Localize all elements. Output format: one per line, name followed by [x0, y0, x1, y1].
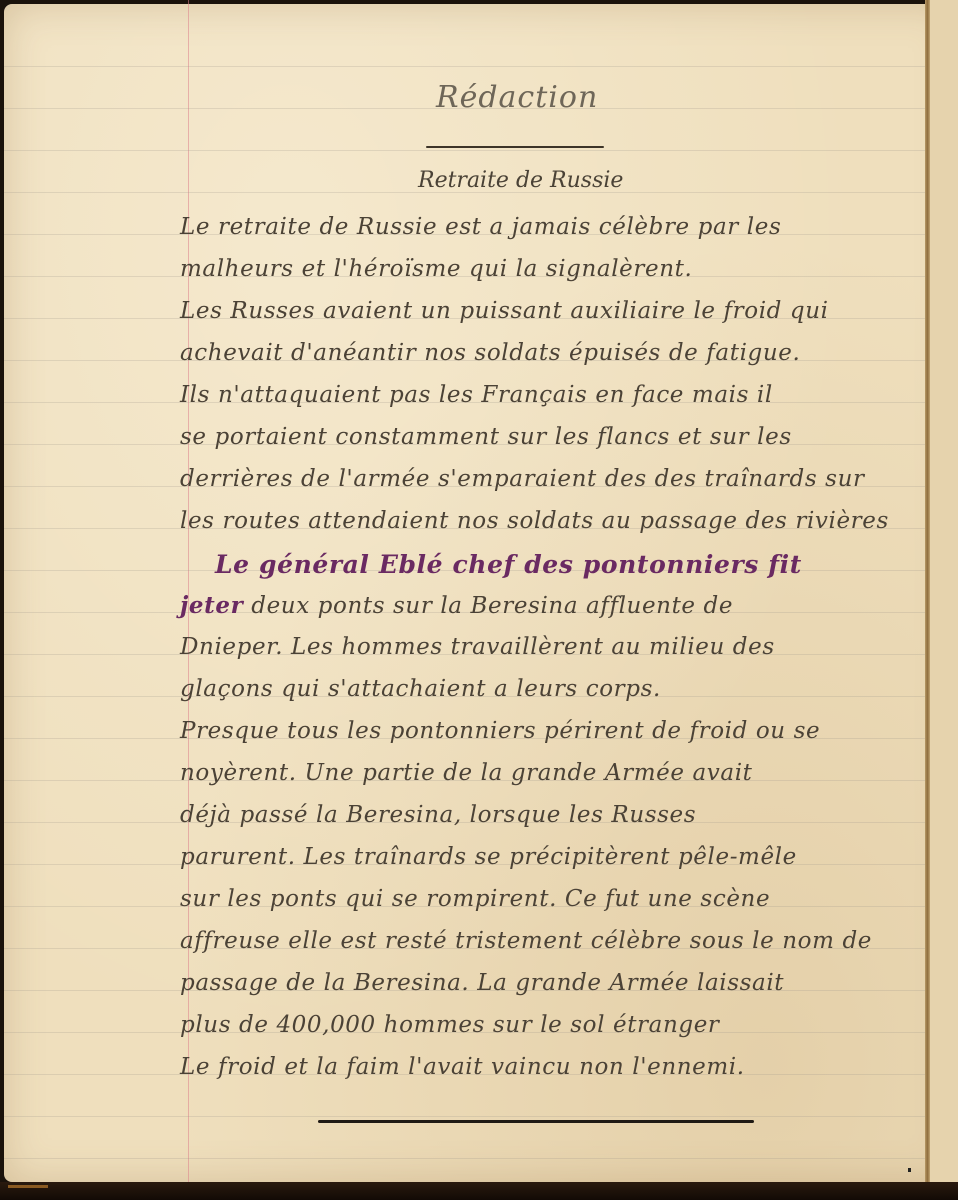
text-line: déjà passé la Beresina, lorsque les Russ… — [180, 802, 696, 828]
ruled-line — [4, 1158, 925, 1159]
essay-subtitle: Retraite de Russie — [418, 168, 623, 193]
text-line: plus de 400,000 hommes sur le sol étrang… — [180, 1012, 720, 1038]
notebook-cover-edge — [0, 1182, 958, 1200]
ruled-line — [4, 66, 925, 67]
text-line: les routes attendaient nos soldats au pa… — [180, 508, 889, 534]
text-line: parurent. Les traînards se précipitèrent… — [180, 844, 797, 870]
text-line: Presque tous les pontonniers périrent de… — [180, 718, 820, 744]
text-line: derrières de l'armée s'emparaient des de… — [180, 466, 865, 492]
text-line: Le froid et la faim l'avait vaincu non l… — [180, 1054, 745, 1080]
text-line: noyèrent. Une partie de la grande Armée … — [180, 760, 753, 786]
purple-word: jeter — [180, 592, 243, 619]
text-line: Dnieper. Les hommes travaillèrent au mil… — [180, 634, 775, 660]
notebook-binding — [925, 0, 930, 1182]
text-line: malheurs et l'héroïsme qui la signalèren… — [180, 256, 692, 282]
text-line-purple: Le général Eblé chef des pontonniers fit — [215, 550, 802, 579]
page-title: Rédaction — [436, 80, 598, 115]
text-line: sur les ponts qui se rompirent. Ce fut u… — [180, 886, 770, 912]
text-segment: deux ponts sur la Beresina affluente de — [243, 593, 733, 619]
adjacent-page-edge — [930, 0, 958, 1182]
text-line: se portaient constamment sur les flancs … — [180, 424, 792, 450]
text-line-mixed: jeter deux ponts sur la Beresina affluen… — [180, 592, 733, 619]
ink-dot — [908, 1168, 911, 1172]
ruled-line — [4, 150, 925, 151]
text-line: Ils n'attaquaient pas les Français en fa… — [180, 382, 773, 408]
text-line: passage de la Beresina. La grande Armée … — [180, 970, 784, 996]
closing-underline — [318, 1120, 754, 1123]
ruled-line — [4, 1116, 925, 1117]
text-line: glaçons qui s'attachaient a leurs corps. — [180, 676, 661, 702]
text-line: Les Russes avaient un puissant auxiliair… — [180, 298, 829, 324]
text-line: Le retraite de Russie est a jamais célèb… — [180, 214, 781, 240]
text-line: achevait d'anéantir nos soldats épuisés … — [180, 340, 800, 366]
text-line: affreuse elle est resté tristement célèb… — [180, 928, 872, 954]
margin-line — [188, 0, 189, 1182]
title-underline — [426, 146, 604, 148]
